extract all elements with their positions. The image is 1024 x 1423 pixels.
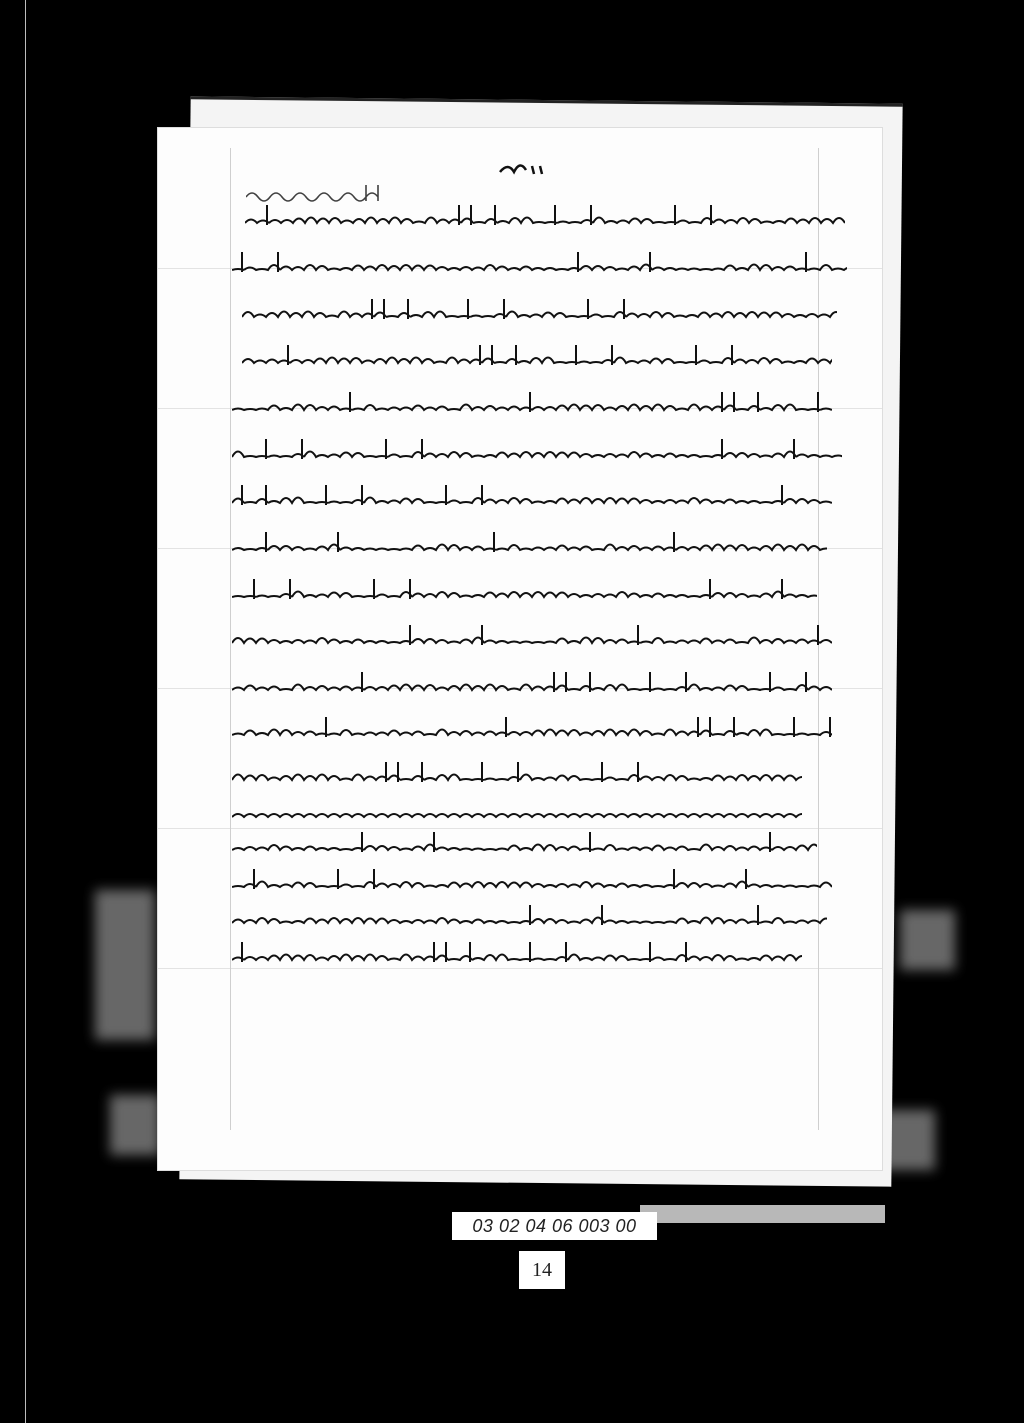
handwritten-line bbox=[232, 795, 802, 829]
handwritten-line bbox=[242, 341, 832, 375]
handwritten-line bbox=[232, 901, 827, 935]
handwritten-line bbox=[245, 201, 845, 235]
bottom-paper-strip bbox=[640, 1205, 885, 1223]
scanner-edge-line bbox=[25, 0, 26, 1423]
handwritten-line bbox=[232, 248, 847, 282]
page-heading-mark bbox=[498, 158, 558, 178]
handwritten-line bbox=[242, 295, 837, 329]
left-margin-line bbox=[230, 148, 231, 1130]
handwritten-line bbox=[232, 865, 832, 899]
handwritten-line bbox=[232, 668, 832, 702]
handwritten-line bbox=[232, 575, 817, 609]
handwritten-line bbox=[232, 828, 817, 862]
handwritten-line bbox=[232, 435, 842, 469]
handwritten-line bbox=[232, 621, 832, 655]
handwritten-line bbox=[232, 713, 832, 747]
left-smudge-lower bbox=[110, 1095, 160, 1155]
handwritten-line bbox=[232, 388, 832, 422]
handwritten-line bbox=[232, 481, 832, 515]
handwritten-line bbox=[232, 938, 802, 972]
left-smudge bbox=[95, 890, 155, 1040]
handwritten-line bbox=[232, 758, 802, 792]
right-smudge bbox=[900, 910, 955, 970]
handwritten-line bbox=[232, 528, 827, 562]
archive-code-label: 03 02 04 06 003 00 bbox=[452, 1212, 657, 1240]
page-number-label: 14 bbox=[519, 1251, 565, 1289]
